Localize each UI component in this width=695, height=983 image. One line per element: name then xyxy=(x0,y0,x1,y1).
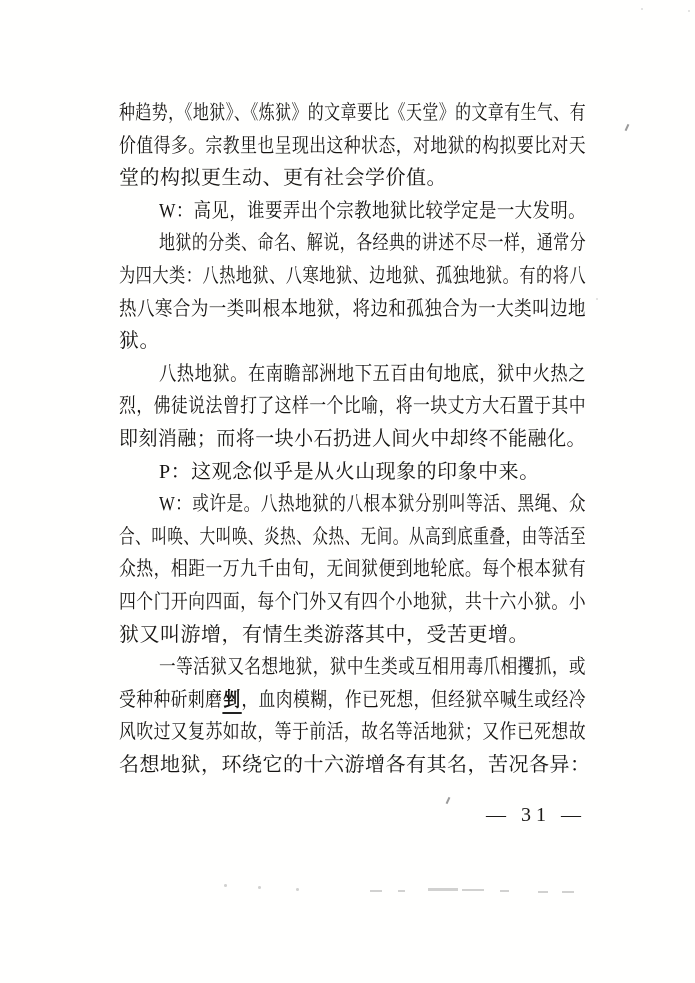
scan-artifact xyxy=(398,890,405,892)
text-line: 地狱的分类、命名、解说，各经典的讲述不尽一样，通常分 xyxy=(119,227,586,260)
scan-artifact xyxy=(428,888,458,891)
scan-artifact xyxy=(500,890,509,892)
text-line: 一等活狱又名想地狱，狱中生类或互相用毒爪相攫抓，或 xyxy=(119,651,586,684)
scan-artifact xyxy=(641,8,643,10)
scan-artifact xyxy=(370,890,382,892)
text-line: 烈，佛徒说法曾打了这样一个比喻，将一块丈方大石置于其中 xyxy=(119,390,586,423)
scan-artifact xyxy=(688,10,690,12)
text-segment: 受种种斫刺磨 xyxy=(119,689,222,711)
text-line: 狱。 xyxy=(119,325,586,358)
text-line: 即刻消融；而将一块小石扔进人间火中却终不能融化。 xyxy=(119,423,586,456)
text-line-speaker-w: W：或许是。八热地狱的八根本狱分别叫等活、黑绳、众 xyxy=(119,488,586,521)
text-line: 名想地狱，环绕它的十六游增各有其名，苦况各异： xyxy=(119,749,586,782)
text-line: 堂的构拟更生动、更有社会学价值。 xyxy=(119,162,586,195)
handwritten-correction: 剉 xyxy=(222,689,241,714)
text-line: 狱又叫游增，有情生类游落其中，受苦更增。 xyxy=(119,619,586,652)
scanned-page: 种趋势，《地狱》、《炼狱》的文章要比《天堂》的文章有生气、有 价值得多。宗教里也… xyxy=(0,0,695,983)
text-block: 种趋势，《地狱》、《炼狱》的文章要比《天堂》的文章有生气、有 价值得多。宗教里也… xyxy=(119,97,586,781)
text-line: 合、叫唤、大叫唤、炎热、众热、无间。从高到底重叠，由等活至 xyxy=(119,521,586,554)
text-line: 众热，相距一万九千由旬，无间狱便到地轮底。每个根本狱有 xyxy=(119,553,586,586)
scan-artifact xyxy=(258,886,261,889)
text-line: 风吹过又复苏如故，等于前活，故名等活地狱；又作已死想故 xyxy=(119,716,586,749)
text-line-with-correction: 受种种斫刺磨剉，血肉模糊，作已死想，但经狱卒喊生或经冷 xyxy=(119,684,586,717)
page-number: — 31 — xyxy=(486,804,586,827)
text-line-speaker-p: P：这观念似乎是从火山现象的印象中来。 xyxy=(119,456,586,489)
text-line: 八热地狱。在南瞻部洲地下五百由旬地底，狱中火热之 xyxy=(119,358,586,391)
text-line: 为四大类：八热地狱、八寒地狱、边地狱、孤独地狱。有的将八 xyxy=(119,260,586,293)
text-line: 热八寒合为一类叫根本地狱，将边和孤独合为一大类叫边地 xyxy=(119,293,586,326)
text-line-speaker-w: W：高见，谁要弄出个宗教地狱比较学定是一大发明。 xyxy=(119,195,586,228)
scan-artifact xyxy=(562,891,574,893)
scan-artifact xyxy=(462,889,484,891)
scan-artifact xyxy=(538,891,548,893)
text-segment: ，血肉模糊，作已死想，但经狱卒喊生或经冷 xyxy=(241,689,586,711)
scan-artifact xyxy=(296,888,299,891)
text-line: 价值得多。宗教里也呈现出这种状态，对地狱的构拟要比对天 xyxy=(119,130,586,163)
scan-artifact xyxy=(625,124,630,131)
scan-artifact xyxy=(224,884,227,887)
text-line: 种趋势，《地狱》、《炼狱》的文章要比《天堂》的文章有生气、有 xyxy=(119,97,586,130)
text-line: 四个门开向四面，每个门外又有四个小地狱，共十六小狱。小 xyxy=(119,586,586,619)
scan-artifact xyxy=(446,797,451,804)
scan-artifact xyxy=(596,298,598,300)
